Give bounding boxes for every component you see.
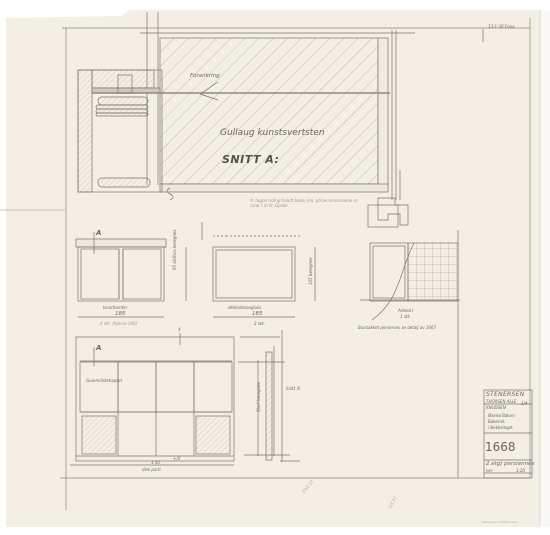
- elevation-1-id: A: [96, 229, 101, 237]
- elevation-3-label: Arbeid I: [398, 308, 413, 313]
- elevation-window-3: [360, 230, 460, 478]
- elevation-2-height: 105 beregnes: [308, 257, 313, 285]
- large-elevation-id: A: [96, 344, 101, 352]
- title-city: KNUDSEN: [486, 405, 506, 410]
- description-line-2: ner: [486, 468, 493, 473]
- large-width-sub: disk parti: [142, 467, 161, 472]
- elevation-2-width: 185: [252, 311, 263, 317]
- detail-note: Buistakket perserves se detalj av 1667: [358, 325, 436, 330]
- elevation-3-subnote: 1 stk.: [400, 314, 411, 319]
- description-line-1: 2.etg) persiennes: [486, 461, 534, 467]
- elevation-window-2: [202, 222, 315, 317]
- bottom-mark: +/X: [173, 456, 180, 461]
- elevation-large: [70, 330, 300, 465]
- elevation-2-label: delikatesseglass: [228, 305, 261, 310]
- callout-label: Forankring: [190, 73, 220, 79]
- drawing-linework: [0, 0, 550, 535]
- title-company: STENERSEN: [486, 391, 525, 398]
- material-label: Gullaug kunstsvertsten: [220, 128, 325, 138]
- plan-section: [78, 12, 415, 227]
- elevation-1-label: Isvorteonter: [103, 305, 127, 310]
- section-label: SNITT A:: [222, 153, 279, 166]
- section-x-label: Snitt Xi: [286, 386, 300, 391]
- scale-label: 1:20: [516, 468, 525, 473]
- title-fraction: 1/4: [521, 401, 527, 406]
- date-stamp: 13-1-36 Fona: [488, 24, 515, 29]
- side-label: Gummilistekapsel: [86, 378, 122, 383]
- elevation-1-width: 185: [115, 311, 126, 317]
- title-street: THORSEN ALLE: [486, 399, 516, 404]
- elevation-2-subnote: 2 stk.: [254, 321, 265, 326]
- client-line-1: Øxenø Bakeri: [488, 413, 515, 418]
- top-mark: X: [178, 327, 181, 332]
- height-label: Stort beregnes: [256, 382, 261, 412]
- drawing-sheet: 13-1-36 Fona Forankring Gullaug kunstsve…: [0, 0, 550, 535]
- note-text: A: tagne mål gi halvft bade, lim, på be …: [250, 198, 360, 208]
- drawing-number: 1668: [485, 440, 516, 454]
- elevation-1-height: 95 skiftvis beregnes: [172, 230, 177, 270]
- client-line-2: Bakeriet: [488, 419, 505, 424]
- elevation-1-subnote: 4 stk. (hjørne 180): [100, 321, 137, 326]
- elevation-window-1: [76, 232, 186, 317]
- corner-stamp: Stenersen Arkitekt Oslo: [482, 520, 518, 524]
- large-width-dim: 3.50: [151, 460, 160, 465]
- client-line-3: i Bekkelaget: [488, 425, 513, 430]
